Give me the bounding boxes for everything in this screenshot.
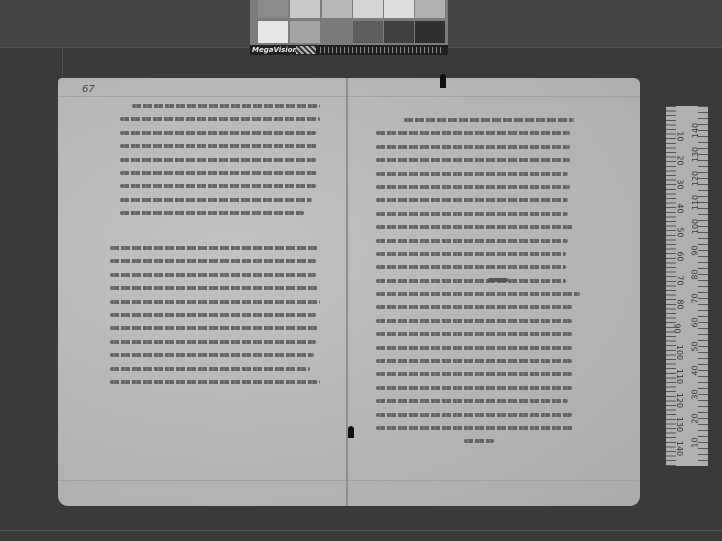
- text-line: [376, 172, 568, 176]
- text-line: [110, 246, 318, 250]
- ruler-label: 130: [691, 147, 700, 162]
- ruler-label: 60: [676, 251, 685, 261]
- ruler-label: 80: [676, 299, 685, 309]
- text-line: [376, 372, 572, 376]
- section-separator: [488, 278, 508, 282]
- text-line: [376, 252, 566, 256]
- ruler-label: 110: [675, 369, 684, 384]
- ruler-label: 40: [676, 203, 685, 213]
- folio-number: 67: [82, 84, 95, 95]
- text-line: [120, 211, 304, 215]
- ruler-label: 80: [691, 269, 700, 279]
- text-line: [376, 145, 570, 149]
- color-swatch: [353, 21, 383, 43]
- text-line: [376, 265, 566, 269]
- color-swatch: [290, 21, 320, 43]
- text-line: [110, 353, 314, 357]
- ruler-label: 140: [675, 441, 684, 456]
- ruler-label: 50: [691, 341, 700, 351]
- text-line: [110, 300, 320, 304]
- text-line: [376, 198, 568, 202]
- color-calibration-target: MegaVision: [250, 0, 448, 55]
- color-swatch: [415, 21, 445, 43]
- ruler-label: 100: [675, 345, 684, 360]
- text-line: [120, 117, 320, 121]
- ruler-label: 140: [691, 123, 700, 138]
- scale-ticks: [320, 47, 444, 53]
- text-line: [376, 346, 572, 350]
- ruler-label: 30: [676, 179, 685, 189]
- ruler-label: 120: [691, 171, 700, 186]
- megavision-logo: MegaVision: [252, 45, 298, 55]
- text-line: [376, 399, 568, 403]
- text-line: [376, 279, 566, 283]
- text-line: [376, 359, 572, 363]
- right-page-text-block-2: [376, 292, 580, 453]
- text-line: [110, 367, 310, 371]
- ruler-label: 100: [691, 219, 700, 234]
- left-page-text-block-1: [120, 104, 320, 225]
- text-line: [110, 259, 316, 263]
- text-line: [376, 212, 568, 216]
- binding-hole: [440, 74, 446, 88]
- ruling-line: [58, 96, 640, 97]
- measuring-ruler: 10 20 30 40 50 60 70 80 90 100 110 120 1…: [666, 106, 708, 466]
- text-line: [376, 413, 572, 417]
- text-line: [120, 144, 318, 148]
- text-line: [376, 426, 574, 430]
- text-line: [376, 305, 572, 309]
- ruler-label: 60: [691, 317, 700, 327]
- color-swatch: [258, 0, 288, 18]
- text-line: [376, 158, 570, 162]
- text-line: [376, 239, 568, 243]
- text-line: [110, 273, 316, 277]
- color-swatch: [258, 21, 288, 43]
- ruler-label: 40: [691, 365, 700, 375]
- gutter-fold: [346, 78, 348, 506]
- ruler-label: 70: [676, 275, 685, 285]
- color-swatch: [384, 0, 414, 18]
- text-line: [376, 386, 572, 390]
- ruler-label: 50: [676, 227, 685, 237]
- text-line: [120, 198, 312, 202]
- color-swatch: [322, 0, 352, 18]
- manuscript-bifolium: 67: [58, 78, 640, 506]
- checker-pattern: [296, 46, 316, 54]
- color-swatch: [322, 21, 352, 43]
- text-line: [110, 286, 318, 290]
- color-swatch: [415, 0, 445, 18]
- text-line: [132, 104, 320, 108]
- text-line: [376, 131, 570, 135]
- background-edge: [0, 530, 722, 531]
- text-line: [376, 225, 574, 229]
- color-swatch: [353, 0, 383, 18]
- ruling-line: [58, 480, 640, 481]
- binding-hole: [348, 426, 354, 438]
- ruler-label: 90: [673, 323, 682, 333]
- megavision-strip: MegaVision: [250, 45, 448, 55]
- ruler-label: 10: [691, 437, 700, 447]
- ruler-label: 90: [691, 245, 700, 255]
- ruler-label: 30: [691, 389, 700, 399]
- text-line: [120, 158, 316, 162]
- text-line: [120, 131, 316, 135]
- text-line: [120, 184, 316, 188]
- text-line: [376, 332, 572, 336]
- ruler-label: 10: [676, 131, 685, 141]
- ruler-label: 70: [691, 293, 700, 303]
- text-line: [110, 313, 316, 317]
- text-line: [376, 185, 570, 189]
- text-line: [464, 439, 494, 443]
- background-edge: [62, 48, 63, 78]
- text-line: [120, 171, 318, 175]
- ruler-label: 130: [675, 417, 684, 432]
- color-swatch: [290, 0, 320, 18]
- ruler-ticks-mm: [666, 106, 676, 466]
- right-page-text-block-1: [376, 118, 574, 292]
- text-line: [376, 319, 572, 323]
- ruler-label: 20: [676, 155, 685, 165]
- text-line: [110, 340, 316, 344]
- text-line: [404, 118, 574, 122]
- color-swatch: [384, 21, 414, 43]
- ruler-label: 20: [691, 413, 700, 423]
- ruler-label: 120: [675, 393, 684, 408]
- text-line: [110, 326, 318, 330]
- left-page-text-block-2: [110, 246, 322, 393]
- text-line: [110, 380, 320, 384]
- ruler-label: 110: [691, 195, 700, 210]
- text-line: [376, 292, 580, 296]
